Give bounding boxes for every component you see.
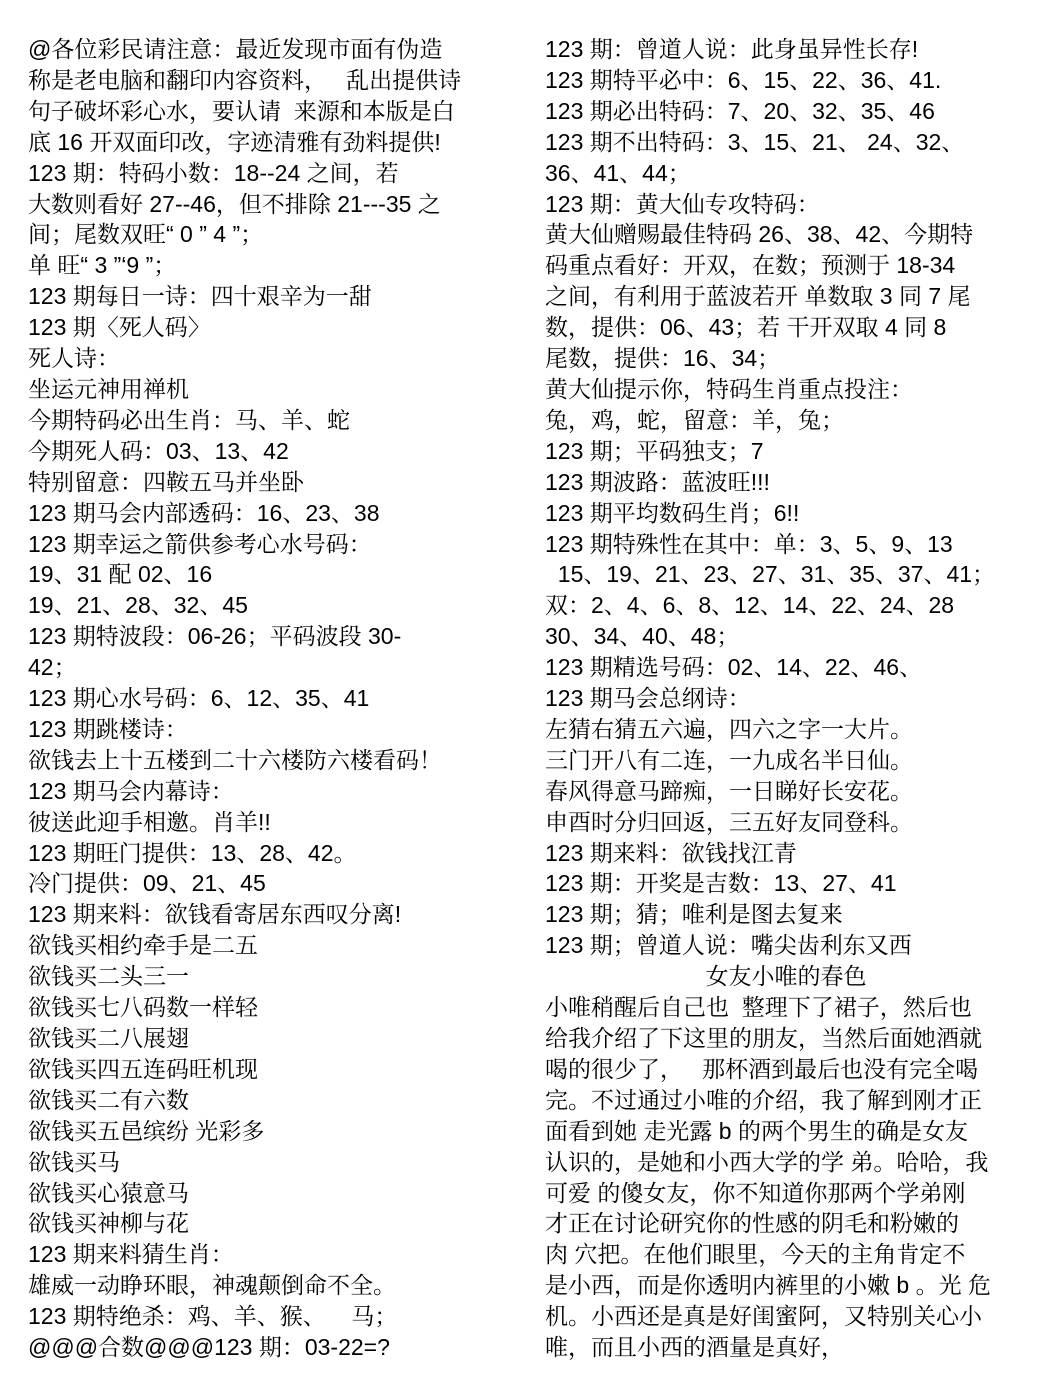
text-line: 123 期来料：欲钱找江青 bbox=[545, 838, 1027, 869]
text-line: 坐运元神用禅机 bbox=[28, 374, 522, 405]
text-line: 123 期特殊性在其中：单：3、5、9、13 bbox=[545, 529, 1027, 560]
text-line: 句子破坏彩心水，要认请 来源和本版是白 bbox=[28, 96, 522, 127]
text-line: 喝的很少了， 那杯酒到最后也没有完全喝 bbox=[545, 1054, 1027, 1085]
text-line: @各位彩民请注意：最近发现市面有伪造 bbox=[28, 34, 522, 65]
text-line: 123 期：特码小数：18--24 之间，若 bbox=[28, 158, 522, 189]
text-line: 欲钱去上十五楼到二十六楼防六楼看码！ bbox=[28, 745, 522, 776]
text-line: 123 期不出特码：3、15、21、 24、32、 bbox=[545, 127, 1027, 158]
text-line: 双：2、4、6、8、12、14、22、24、28 bbox=[545, 590, 1027, 621]
text-line: 春风得意马蹄痴，一日睇好长安花。 bbox=[545, 776, 1027, 807]
text-line: 机。小西还是真是好闺蜜阿，又特别关心小 bbox=[545, 1301, 1027, 1332]
text-line: 欲钱买七八码数一样轻 bbox=[28, 992, 522, 1023]
text-line: 30、34、40、48； bbox=[545, 621, 1027, 652]
text-line: 123 期心水号码：6、12、35、41 bbox=[28, 683, 522, 714]
text-line: 底 16 开双面印改，字迹清雅有劲料提供! bbox=[28, 127, 522, 158]
text-line: 兔，鸡，蛇，留意：羊，兔； bbox=[545, 405, 1027, 436]
text-line: 123 期跳楼诗： bbox=[28, 714, 522, 745]
text-line: 123 期特波段：06-26；平码波段 30- bbox=[28, 621, 522, 652]
text-line: 123 期平均数码生肖；6!! bbox=[545, 498, 1027, 529]
text-line: 123 期马会总纲诗： bbox=[545, 683, 1027, 714]
text-line: 黄大仙赠赐最佳特码 26、38、42、今期特 bbox=[545, 219, 1027, 250]
text-line: 123 期；平码独支；7 bbox=[545, 436, 1027, 467]
text-line: 肉 穴把。在他们眼里，今天的主角肯定不 bbox=[545, 1239, 1027, 1270]
text-line: 123 期〈死人码〉 bbox=[28, 312, 522, 343]
text-line: 大数则看好 27--46，但不排除 21---35 之 bbox=[28, 189, 522, 220]
text-line: 欲钱买二有六数 bbox=[28, 1085, 522, 1116]
text-line: 欲钱买五邑缤纷 光彩多 bbox=[28, 1116, 522, 1147]
text-line: 是小西，而是你透明内裤里的小嫩 b 。光 危 bbox=[545, 1270, 1027, 1301]
text-line: 123 期波路：蓝波旺!!! bbox=[545, 467, 1027, 498]
text-line: 可爱 的傻女友，你不知道你那两个学弟刚 bbox=[545, 1178, 1027, 1209]
text-line: 给我介绍了下这里的朋友，当然后面她酒就 bbox=[545, 1023, 1027, 1054]
text-line: 123 期特绝杀：鸡、羊、猴、 马； bbox=[28, 1301, 522, 1332]
text-line: 欲钱买神柳与花 bbox=[28, 1208, 522, 1239]
text-line: 15、19、21、23、27、31、35、37、41； bbox=[545, 559, 1027, 590]
document-page: @各位彩民请注意：最近发现市面有伪造称是老电脑和翻印内容资料， 乱出提供诗句子破… bbox=[0, 0, 1041, 1388]
text-line: 才正在讨论研究你的性感的阴毛和粉嫩的 bbox=[545, 1208, 1027, 1239]
text-line: 单 旺“ 3 ”‘9 ”； bbox=[28, 250, 522, 281]
text-line: 欲钱买马 bbox=[28, 1147, 522, 1178]
text-line: 尾数，提供：16、34； bbox=[545, 343, 1027, 374]
text-line: 数，提供：06、43；若 干开双取 4 同 8 bbox=[545, 312, 1027, 343]
text-line: 123 期马会内部透码：16、23、38 bbox=[28, 498, 522, 529]
text-line: 码重点看好：开双，在数；预测于 18-34 bbox=[545, 250, 1027, 281]
text-line: 称是老电脑和翻印内容资料， 乱出提供诗 bbox=[28, 65, 522, 96]
text-line: 今期特码必出生肖：马、羊、蛇 bbox=[28, 405, 522, 436]
text-line: 123 期；曾道人说：嘴尖齿利东又西 bbox=[545, 930, 1027, 961]
text-line: 欲钱买四五连码旺机现 bbox=[28, 1054, 522, 1085]
text-line: 认识的，是她和小西大学的学 弟。哈哈，我 bbox=[545, 1147, 1027, 1178]
text-line: 死人诗： bbox=[28, 343, 522, 374]
text-line: 123 期必出特码：7、20、32、35、46 bbox=[545, 96, 1027, 127]
text-line: 唯，而且小西的酒量是真好， bbox=[545, 1332, 1027, 1363]
text-line: 欲钱买心猿意马 bbox=[28, 1178, 522, 1209]
text-line: 欲钱买二八展翅 bbox=[28, 1023, 522, 1054]
text-line: 123 期：黄大仙专攻特码： bbox=[545, 189, 1027, 220]
text-line: 123 期特平必中：6、15、22、36、41. bbox=[545, 65, 1027, 96]
text-line: 123 期马会内幕诗： bbox=[28, 776, 522, 807]
text-line: 特别留意：四鞍五马并坐卧 bbox=[28, 467, 522, 498]
text-line: 女友小唯的春色 bbox=[545, 961, 1027, 992]
text-line: 123 期；猜；唯利是图去复来 bbox=[545, 899, 1027, 930]
text-line: 今期死人码：03、13、42 bbox=[28, 436, 522, 467]
text-line: 左猜右猜五六遍，四六之字一大片。 bbox=[545, 714, 1027, 745]
text-line: 完。不过通过小唯的介绍，我了解到刚才正 bbox=[545, 1085, 1027, 1116]
text-line: 123 期：曾道人说：此身虽异性长存! bbox=[545, 34, 1027, 65]
text-line: 小唯稍醒后自己也 整理下了裙子，然后也 bbox=[545, 992, 1027, 1023]
text-line: 间；尾数双旺“ 0 ” 4 ”； bbox=[28, 219, 522, 250]
text-line: 42； bbox=[28, 652, 522, 683]
text-line: 19、31 配 02、16 bbox=[28, 559, 522, 590]
text-line: 123 期幸运之箭供参考心水号码： bbox=[28, 529, 522, 560]
text-line: 123 期来料猜生肖： bbox=[28, 1239, 522, 1270]
right-text-column: 123 期：曾道人说：此身虽异性长存!123 期特平必中：6、15、22、36、… bbox=[545, 34, 1027, 1363]
text-line: 123 期每日一诗：四十艰辛为一甜 bbox=[28, 281, 522, 312]
text-line: 三门开八有二连，一九成名半日仙。 bbox=[545, 745, 1027, 776]
text-line: 彼送此迎手相邀。肖羊!! bbox=[28, 807, 522, 838]
left-text-column: @各位彩民请注意：最近发现市面有伪造称是老电脑和翻印内容资料， 乱出提供诗句子破… bbox=[28, 34, 522, 1363]
text-line: 申酉时分归回返，三五好友同登科。 bbox=[545, 807, 1027, 838]
text-line: 雄威一动睁环眼，神魂颠倒命不全。 bbox=[28, 1270, 522, 1301]
text-line: 面看到她 走光露 b 的两个男生的确是女友 bbox=[545, 1116, 1027, 1147]
text-line: @@@合数@@@123 期：03-22=? bbox=[28, 1332, 522, 1363]
text-line: 123 期来料：欲钱看寄居东西叹分离! bbox=[28, 899, 522, 930]
text-line: 19、21、28、32、45 bbox=[28, 590, 522, 621]
text-line: 36、41、44； bbox=[545, 158, 1027, 189]
text-line: 123 期精选号码：02、14、22、46、 bbox=[545, 652, 1027, 683]
text-line: 之间，有利用于蓝波若开 单数取 3 同 7 尾 bbox=[545, 281, 1027, 312]
text-line: 欲钱买相约牵手是二五 bbox=[28, 930, 522, 961]
text-line: 黄大仙提示你，特码生肖重点投注： bbox=[545, 374, 1027, 405]
text-line: 123 期旺门提供：13、28、42。 bbox=[28, 838, 522, 869]
text-line: 欲钱买二头三一 bbox=[28, 961, 522, 992]
text-line: 123 期：开奖是吉数：13、27、41 bbox=[545, 868, 1027, 899]
text-line: 冷门提供：09、21、45 bbox=[28, 868, 522, 899]
